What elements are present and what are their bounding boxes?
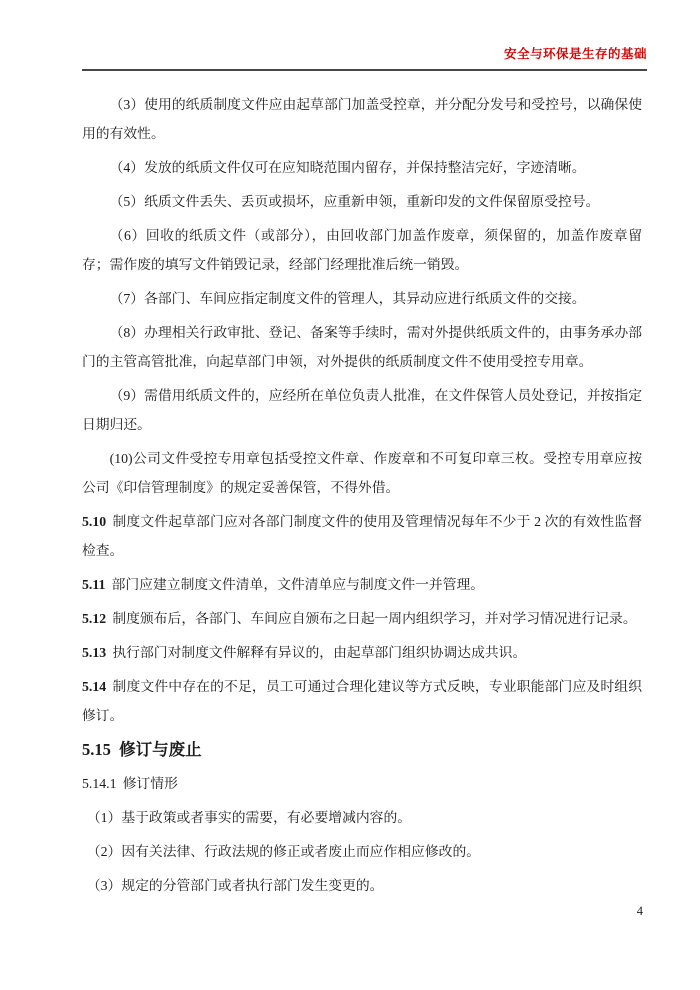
para-subitem-2: （2）因有关法律、行政法规的修正或者废止而应作相应修改的。: [82, 837, 642, 866]
clause-text: 制度颁布后，各部门、车间应自颁布之日起一周内组织学习，并对学习情况进行记录。: [112, 611, 636, 626]
para-item-7: （7）各部门、车间应指定制度文件的管理人，其异动应进行纸质文件的交接。: [82, 284, 642, 313]
subheading-5-14-1: 5.14.1修订情形: [82, 769, 642, 798]
clause-text: 制度文件起草部门应对各部门制度文件的使用及管理情况每年不少于 2 次的有效性监督…: [82, 514, 642, 558]
clause-5-13: 5.13执行部门对制度文件解释有异议的，由起草部门组织协调达成共识。: [82, 638, 642, 667]
para-item-9: （9）需借用纸质文件的，应经所在单位负责人批准，在文件保管人员处登记，并按指定日…: [82, 381, 642, 439]
subheading-number: 5.14.1: [82, 776, 123, 791]
header-slogan: 安全与环保是生存的基础: [82, 46, 647, 63]
clause-5-10: 5.10制度文件起草部门应对各部门制度文件的使用及管理情况每年不少于 2 次的有…: [82, 507, 642, 565]
para-subitem-3: （3）规定的分管部门或者执行部门发生变更的。: [82, 871, 642, 900]
section-heading-5-15: 5.15修订与废止: [82, 735, 642, 764]
header-rule-line: [82, 69, 647, 71]
clause-number: 5.13: [82, 645, 112, 660]
subheading-text: 修订情形: [123, 776, 178, 791]
para-item-10: (10)公司文件受控专用章包括受控文件章、作废章和不可复印章三枚。受控专用章应按…: [82, 444, 642, 502]
clause-text: 部门应建立制度文件清单，文件清单应与制度文件一并管理。: [112, 577, 485, 592]
heading-number: 5.15: [82, 740, 119, 759]
heading-text: 修订与废止: [119, 740, 202, 759]
clause-number: 5.14: [82, 679, 112, 694]
para-subitem-1: （1）基于政策或者事实的需要，有必要增减内容的。: [82, 803, 642, 832]
clause-5-11: 5.11部门应建立制度文件清单，文件清单应与制度文件一并管理。: [82, 570, 642, 599]
page-header: 安全与环保是生存的基础: [82, 46, 647, 71]
para-item-6: （6）回收的纸质文件（或部分），由回收部门加盖作废章，须保留的，加盖作废章留存；…: [82, 221, 642, 279]
clause-number: 5.11: [82, 577, 112, 592]
clause-text: 制度文件中存在的不足，员工可通过合理化建议等方式反映，专业职能部门应及时组织修订…: [82, 679, 642, 723]
page-number: 4: [637, 903, 643, 919]
para-item-5: （5）纸质文件丢失、丢页或损坏，应重新申领，重新印发的文件保留原受控号。: [82, 187, 642, 216]
para-item-4: （4）发放的纸质文件仅可在应知晓范围内留存，并保持整洁完好，字迹清晰。: [82, 153, 642, 182]
clause-number: 5.10: [82, 514, 112, 529]
clause-5-14: 5.14制度文件中存在的不足，员工可通过合理化建议等方式反映，专业职能部门应及时…: [82, 672, 642, 730]
para-item-3: （3）使用的纸质制度文件应由起草部门加盖受控章，并分配分发号和受控号，以确保使用…: [82, 90, 642, 148]
para-item-8: （8）办理相关行政审批、登记、备案等手续时，需对外提供纸质文件的，由事务承办部门…: [82, 318, 642, 376]
clause-text: 执行部门对制度文件解释有异议的，由起草部门组织协调达成共识。: [112, 645, 526, 660]
clause-5-12: 5.12制度颁布后，各部门、车间应自颁布之日起一周内组织学习，并对学习情况进行记…: [82, 604, 642, 633]
clause-number: 5.12: [82, 611, 112, 626]
document-page: 安全与环保是生存的基础 （3）使用的纸质制度文件应由起草部门加盖受控章，并分配分…: [0, 0, 700, 990]
document-body: （3）使用的纸质制度文件应由起草部门加盖受控章，并分配分发号和受控号，以确保使用…: [82, 90, 642, 905]
